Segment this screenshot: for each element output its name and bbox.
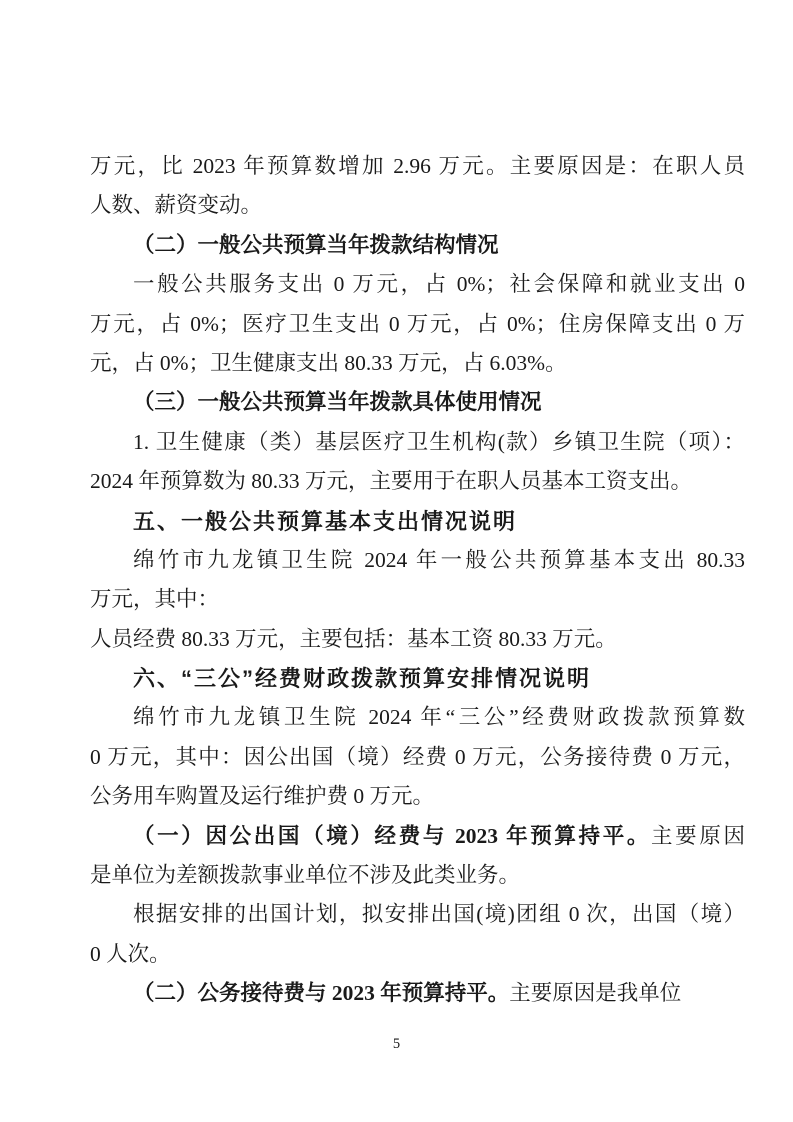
subpoint-text: 主要原因 xyxy=(651,824,745,848)
body-text-line: 万元，比 2023 年预算数增加 2.96 万元。主要原因是：在职人员 xyxy=(90,147,745,186)
body-text-line: 绵竹市九龙镇卫生院 2024 年“三公”经费财政拨款预算数 xyxy=(90,698,745,737)
body-text-line: 公务用车购置及运行维护费 0 万元。 xyxy=(90,777,745,816)
page-number: 5 xyxy=(0,1036,793,1053)
subpoint-bold-lead: （二）公务接待费与 2023 年预算持平。 xyxy=(133,981,509,1005)
body-text-line: 人数、薪资变动。 xyxy=(90,186,745,225)
section-heading-6: 六、“三公”经费财政拨款预算安排情况说明 xyxy=(90,659,745,698)
subsection-heading-3: （三）一般公共预算当年拨款具体使用情况 xyxy=(90,383,745,422)
body-text-line: 根据安排的出国计划，拟安排出国(境)团组 0 次，出国（境） xyxy=(90,895,745,934)
body-text-line: 绵竹市九龙镇卫生院 2024 年一般公共预算基本支出 80.33 xyxy=(90,541,745,580)
body-text-line: 是单位为差额拨款事业单位不涉及此类业务。 xyxy=(90,856,745,895)
subsection-heading-2: （二）一般公共预算当年拨款结构情况 xyxy=(90,226,745,265)
body-text-line: 0 万元，其中：因公出国（境）经费 0 万元，公务接待费 0 万元， xyxy=(90,738,745,777)
document-page: 万元，比 2023 年预算数增加 2.96 万元。主要原因是：在职人员 人数、薪… xyxy=(0,0,793,1122)
body-text-line: 一般公共服务支出 0 万元，占 0%；社会保障和就业支出 0 xyxy=(90,265,745,304)
subpoint-text: 主要原因是我单位 xyxy=(509,981,681,1005)
body-text-line: 万元，其中： xyxy=(90,580,745,619)
body-text-line: 元，占 0%；卫生健康支出 80.33 万元，占 6.03%。 xyxy=(90,344,745,383)
body-text-line: 2024 年预算数为 80.33 万元，主要用于在职人员基本工资支出。 xyxy=(90,462,745,501)
body-text-line: 1. 卫生健康（类）基层医疗卫生机构(款）乡镇卫生院（项）： xyxy=(90,423,745,462)
body-text-line: 人员经费 80.33 万元，主要包括：基本工资 80.33 万元。 xyxy=(90,620,745,659)
subpoint-bold-lead: （一）因公出国（境）经费与 2023 年预算持平。 xyxy=(133,824,651,848)
body-text-line: 0 人次。 xyxy=(90,935,745,974)
document-body: 万元，比 2023 年预算数增加 2.96 万元。主要原因是：在职人员 人数、薪… xyxy=(90,147,745,1014)
body-text-line: 万元，占 0%；医疗卫生支出 0 万元，占 0%；住房保障支出 0 万 xyxy=(90,305,745,344)
subpoint-heading-1-line: （一）因公出国（境）经费与 2023 年预算持平。主要原因 xyxy=(90,817,745,856)
section-heading-5: 五、一般公共预算基本支出情况说明 xyxy=(90,502,745,541)
subpoint-heading-2-line: （二）公务接待费与 2023 年预算持平。主要原因是我单位 xyxy=(90,974,745,1013)
